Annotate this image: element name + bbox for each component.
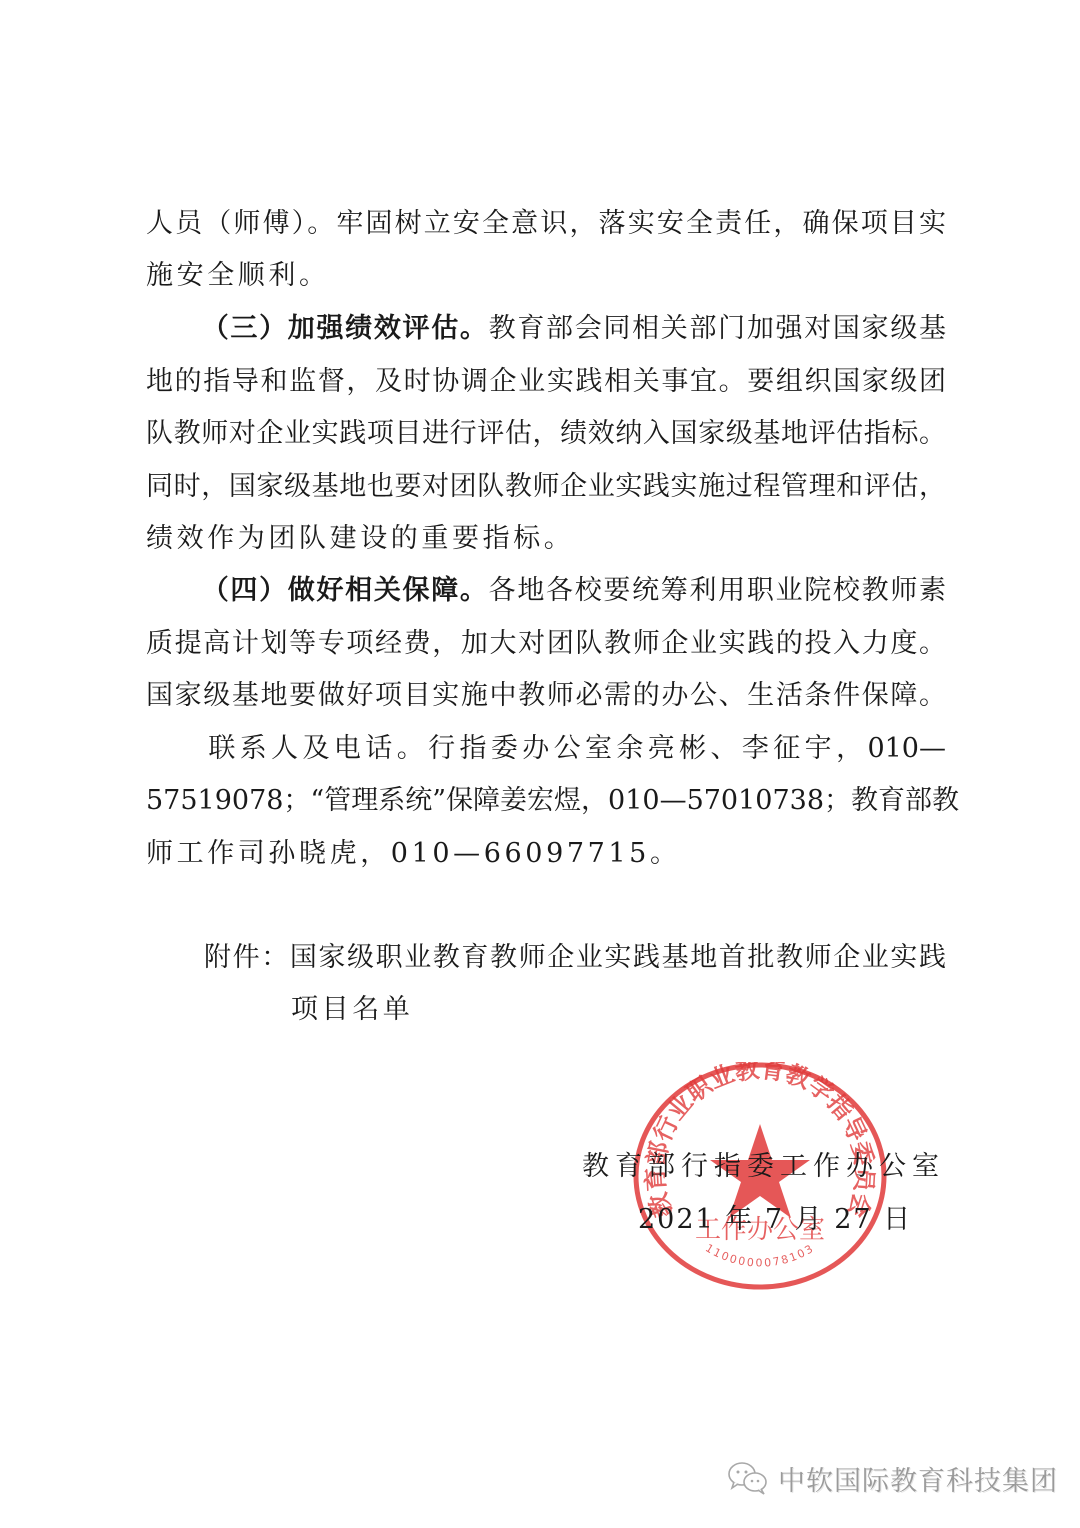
- body-line: 绩效作为团队建设的重要指标。: [146, 524, 946, 554]
- body-line: 队教师对企业实践项目进行评估，绩效纳入国家级基地评估指标。: [146, 419, 946, 449]
- svg-text:1100000078103: 1100000078103: [703, 1241, 817, 1269]
- body-line: 地的指导和监督，及时协调企业实践相关事宜。要组织国家级团: [146, 367, 946, 397]
- attachment-line: 附件：国家级职业教育教师企业实践基地首批教师企业实践: [204, 943, 946, 973]
- contacts-line: 师工作司孙晓虎，010—66097715。: [146, 839, 946, 869]
- section-three-first-line: （三）加强绩效评估。教育部会同相关部门加强对国家级基: [146, 314, 946, 344]
- contacts-text: 联系人及电话。行指委办公室余亮彬、李征宇，010—: [204, 733, 946, 764]
- section-three-heading: （三）加强绩效评估。: [200, 313, 489, 344]
- body-line: 质提高计划等专项经费，加大对团队教师企业实践的投入力度。: [146, 629, 946, 659]
- section-four-first-line: （四）做好相关保障。各地各校要统筹利用职业院校教师素: [146, 576, 946, 606]
- body-line: 国家级基地要做好项目实施中教师必需的办公、生活条件保障。: [146, 681, 946, 711]
- wechat-account-watermark: 中软国际教育科技集团: [726, 1458, 1058, 1498]
- body-line: 同时，国家级基地也要对团队教师企业实践实施过程管理和评估，: [146, 472, 946, 502]
- section-three-text: 教育部会同相关部门加强对国家级基: [489, 313, 946, 344]
- body-line: 人员（师傅）。牢固树立安全意识，落实安全责任，确保项目实: [146, 209, 946, 239]
- contacts-line: 57519078；“管理系统”保障姜宏煜，010—57010738；教育部教: [146, 786, 946, 816]
- section-four-text: 各地各校要统筹利用职业院校教师素: [489, 575, 946, 606]
- attachment-title: 国家级职业教育教师企业实践基地首批教师企业实践: [290, 942, 946, 973]
- wechat-icon: [726, 1460, 770, 1496]
- attachment-label: 附件：: [204, 942, 290, 973]
- attachment-title-cont: 项目名单: [291, 995, 691, 1025]
- issuer-name: 教育部行指委工作办公室: [582, 1152, 945, 1182]
- section-four-heading: （四）做好相关保障。: [200, 575, 489, 606]
- contacts-first-line: 联系人及电话。行指委办公室余亮彬、李征宇，010—: [146, 734, 946, 764]
- issue-date: 2021 年 7 月 27 日: [638, 1205, 912, 1235]
- account-name: 中软国际教育科技集团: [778, 1459, 1058, 1498]
- body-line: 施安全顺利。: [146, 261, 946, 291]
